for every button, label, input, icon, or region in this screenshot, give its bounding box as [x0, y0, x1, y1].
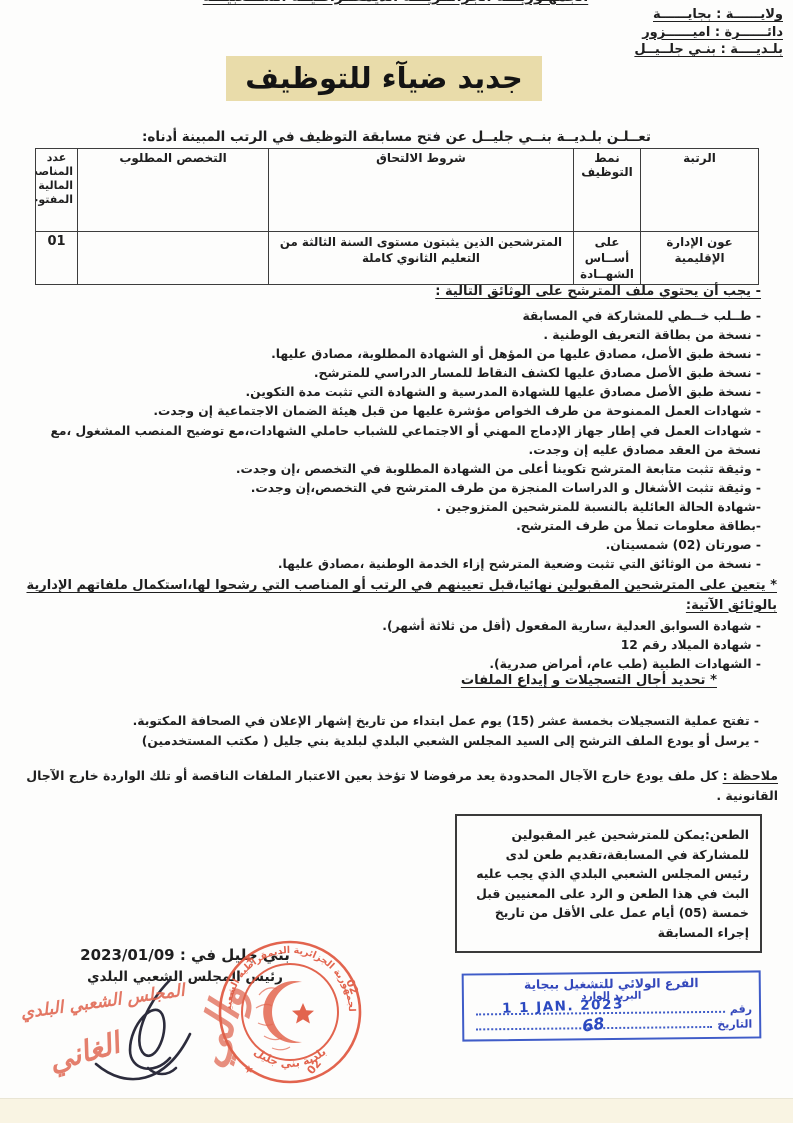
list-item: - تفتح عملية التسجيلات بخمسة عشر (15) يو…: [110, 712, 759, 732]
list-item: - شهادات العمل الممنوحة من طرف الخواص مؤ…: [16, 402, 761, 421]
number-label: رقم: [730, 1003, 752, 1016]
list-item: - وثيقة تثبت متابعة المترشح تكوينا أعلى …: [16, 460, 761, 479]
note-text: كل ملف يودع خارج الآجال المحدودة يعد مرف…: [26, 768, 778, 803]
note-paragraph: ملاحظة : كل ملف يودع خارج الآجال المحدود…: [14, 766, 778, 805]
list-item: - نسخة من بطاقة التعريف الوطنية .: [16, 326, 761, 345]
handwritten-number: 68: [581, 1014, 606, 1036]
announcement-line: تعــلـن بلـديــة بنــي جليــل عن فتح مسا…: [0, 129, 793, 145]
scan-edge-band: [0, 1098, 793, 1123]
wilaya-line: ولايــــــة : بجايــــــة: [634, 6, 783, 24]
list-item: - الشهادات الطبية (طب عام، أمراض صدرية).: [16, 655, 761, 674]
recruitment-table: الرتبة نمط التوظيف شروط الالتحاق التخصص …: [35, 148, 759, 285]
col-recruitment-mode: نمط التوظيف: [574, 149, 641, 232]
document-page: الجمهـوريـــة الجزائــريـــة الديمقــراط…: [0, 0, 793, 1123]
blue-stamp-date-row: التاريخ: [471, 1016, 752, 1034]
list-item: - نسخة من الوثائق التي تثبت وضعية المترش…: [16, 555, 761, 574]
cell-recruitment-mode: على أســاس الشهــادة: [574, 232, 641, 285]
cell-specialty: [78, 232, 269, 285]
list-item: - صورتان (02) شمسيتان.: [16, 536, 761, 555]
cell-conditions: المترشحين الذين يثبتون مستوى السنة الثال…: [269, 232, 574, 285]
daira-line: دائــــــرة : اميــــــزور: [634, 24, 783, 42]
col-conditions: شروط الالتحاق: [269, 149, 574, 232]
final-docs-list: - شهادة السوابق العدلية ،سارية المفعول (…: [16, 617, 761, 674]
note-label: ملاحظة :: [723, 768, 778, 783]
list-item: -شهادة الحالة العائلية بالنسبة للمترشحين…: [16, 498, 761, 517]
list-item: - وثيقة تثبت الأشغال و الدراسات المنجزة …: [16, 479, 761, 498]
star-icon: [292, 1003, 314, 1024]
table-row: عون الإدارة الإقليمية على أســاس الشهــا…: [36, 232, 759, 285]
municipal-stamp: الجمهورية الجزائرية الديمقراطية الشعبية …: [214, 933, 366, 1091]
date-label: التاريخ: [717, 1018, 752, 1031]
signature: [78, 972, 208, 1092]
appeal-box: الطعن:يمكن للمترشحين غير المقبولين للمشا…: [455, 814, 762, 953]
watermark-banner: جديد ضيآء للتوظيف: [226, 56, 542, 101]
cell-rank: عون الإدارة الإقليمية: [641, 232, 759, 285]
table-header-row: الرتبة نمط التوظيف شروط الالتحاق التخصص …: [36, 149, 759, 232]
final-docs-intro: * يتعين على المترشحين المقبولين نهائيا،ق…: [16, 576, 777, 615]
list-item: - نسخة طبق الأصل مصادق عليها لكشف النقاط…: [16, 364, 761, 383]
list-item: - طــلب خــطي للمشاركة في المسابقة: [16, 307, 761, 326]
stamp-inner-ring: [242, 964, 338, 1060]
star-icon: ★: [244, 953, 254, 966]
col-rank: الرتبة: [641, 149, 759, 232]
col-open-positions: عدد المناصب المالية المفتوحة: [36, 149, 78, 232]
list-item: - شهادة السوابق العدلية ،سارية المفعول (…: [16, 617, 761, 636]
documents-list: - طــلب خــطي للمشاركة في المسابقة - نسخ…: [16, 307, 761, 574]
republic-title: الجمهـوريـــة الجزائــريـــة الديمقــراط…: [88, 0, 703, 5]
admin-lines: ولايــــــة : بجايــــــة دائــــــرة : …: [634, 6, 783, 59]
incoming-mail-stamp: الفرع الولائي للتشغيل ببجاية البريد الوا…: [462, 970, 762, 1041]
col-specialty: التخصص المطلوب: [78, 149, 269, 232]
list-item: - شهادة الميلاد رقم 12: [16, 636, 761, 655]
list-item: - نسخة طبق الأصل مصادق عليها للشهادة الم…: [16, 383, 761, 402]
list-item: - شهادات العمل في إطار جهاز الإدماج المه…: [16, 422, 761, 460]
star-icon: ★: [244, 1063, 254, 1076]
list-item: - نسخة طبق الأصل، مصادق عليها من المؤهل …: [16, 345, 761, 364]
deadlines-title: * تحديد أجال التسجيلات و إيداع الملفات: [461, 673, 717, 688]
list-item: -بطاقة معلومات تملأ من طرف المترشح.: [16, 517, 761, 536]
cell-open-positions: 01: [36, 232, 78, 285]
commune-line: بلـديــــة : بنـي جلــيــل: [634, 41, 783, 59]
list-item: - يرسل أو يودع الملف الترشح إلى السيد ال…: [110, 732, 759, 752]
documents-heading: - يجب أن يحتوي ملف المترشح على الوثائق ا…: [435, 284, 761, 299]
deadlines-list: - تفتح عملية التسجيلات بخمسة عشر (15) يو…: [110, 712, 759, 751]
